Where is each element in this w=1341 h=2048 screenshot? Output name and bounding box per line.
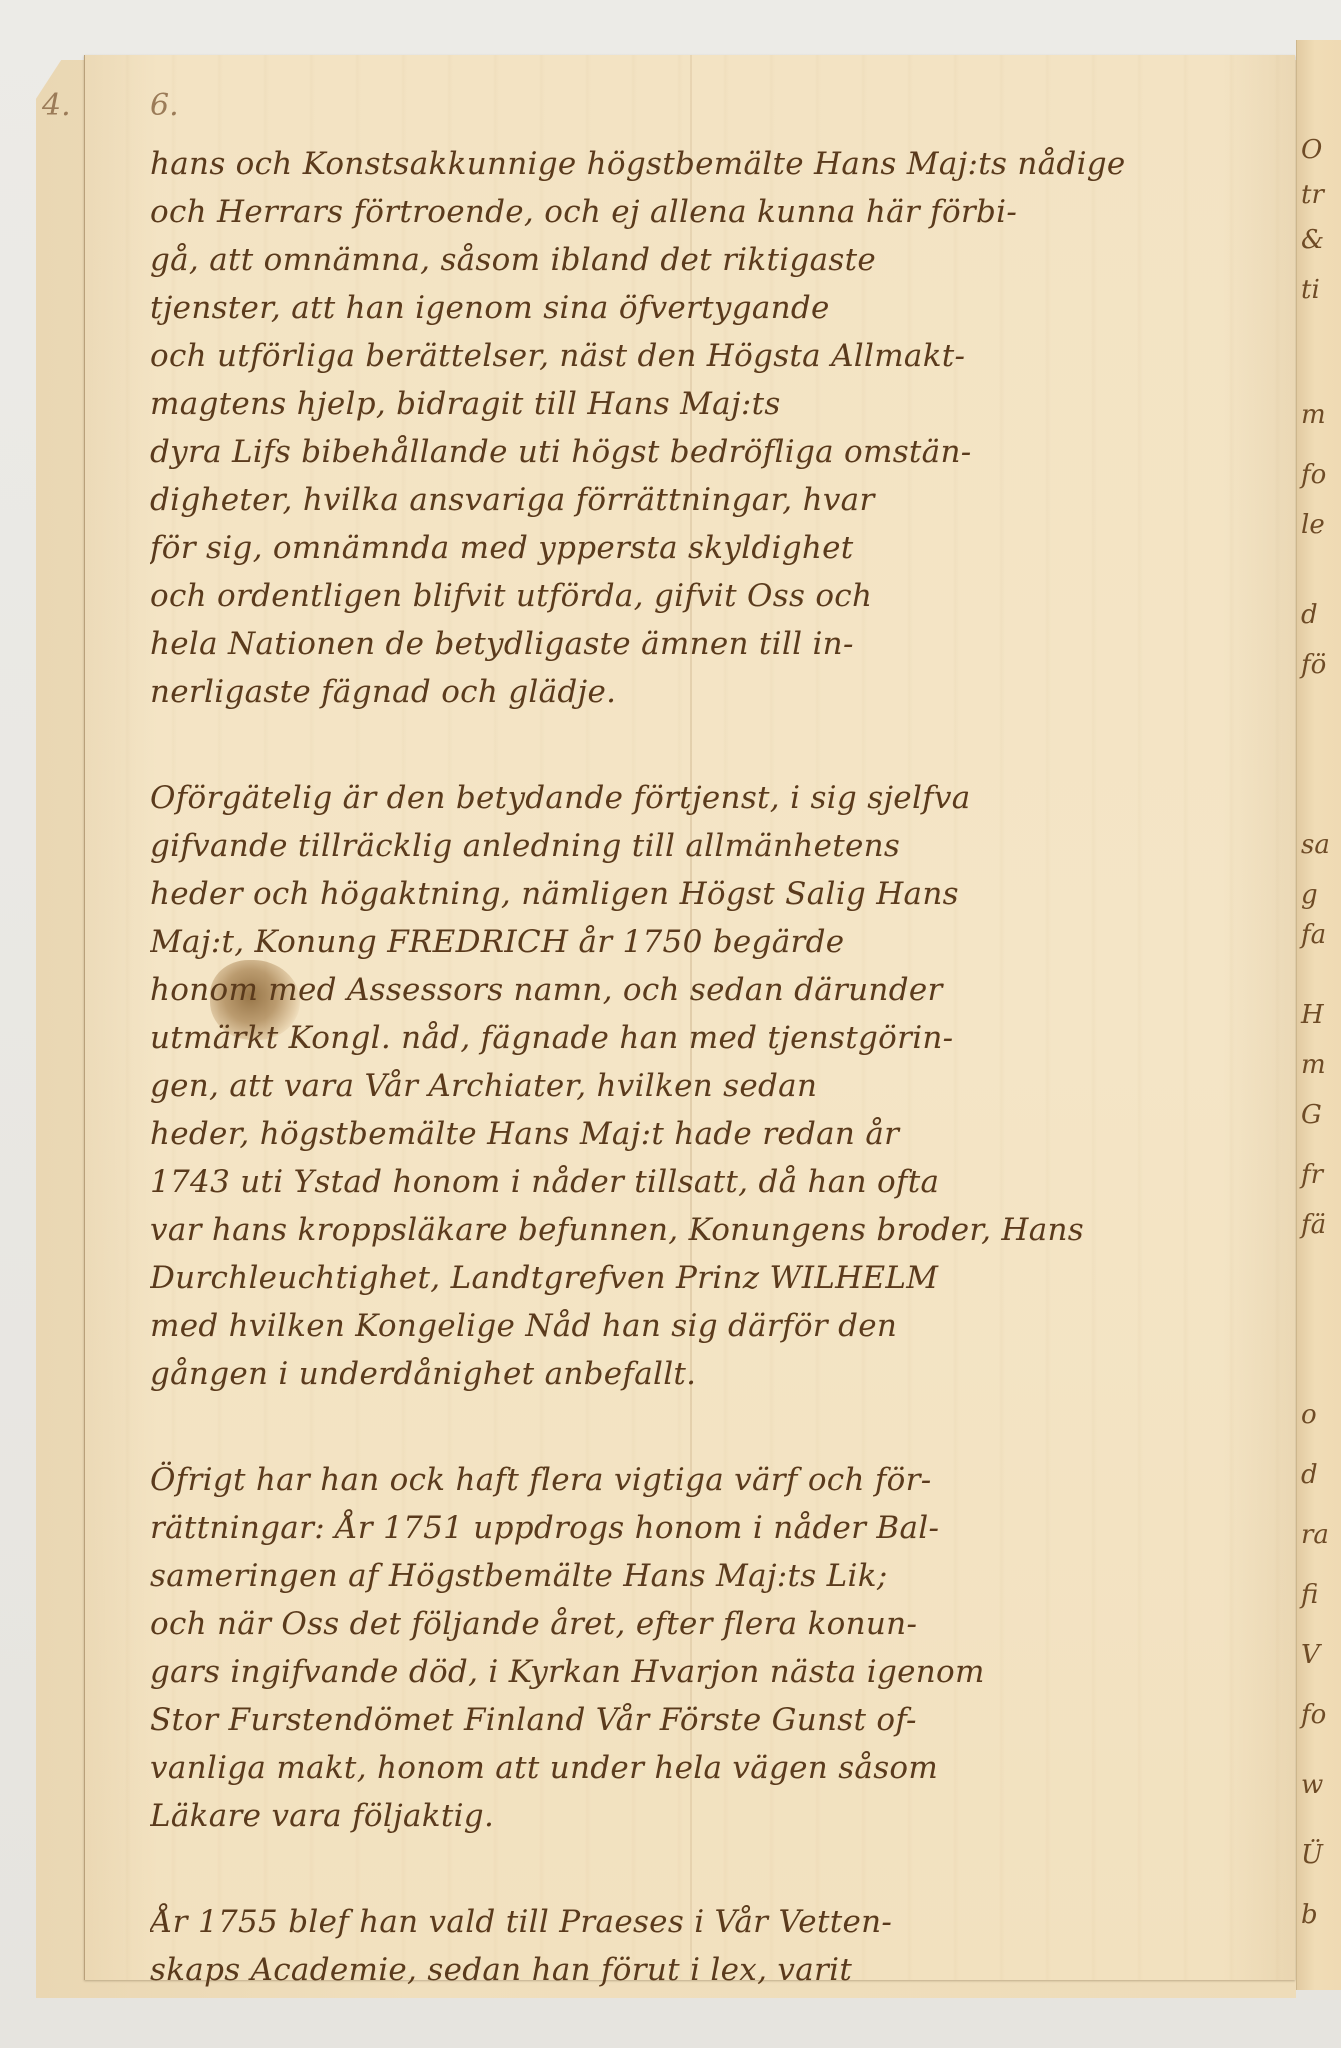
adjacent-fragment: & [1301,225,1324,255]
adjacent-fragment: sa [1301,830,1330,860]
text-line: gars ingifvande död, i Kyrkan Hvarjon nä… [150,1648,1280,1696]
text-line: vanliga makt, honom att under hela vägen… [150,1744,1280,1792]
text-line: rättningar: År 1751 uppdrogs honom i nåd… [150,1504,1280,1552]
adjacent-fragment: G [1301,1100,1322,1130]
adjacent-fragment: d [1301,600,1318,630]
text-line: för sig, omnämnda med yppersta skyldighe… [150,524,1280,572]
text-line: med hvilken Kongelige Nåd han sig därför… [150,1302,1280,1350]
adjacent-page-strip: O tr & ti m fo le d fö sa g fa H m G fr … [1296,40,1341,1990]
text-line: digheter, hvilka ansvariga förrättningar… [150,476,1280,524]
text-line: gå, att omnämna, såsom ibland det riktig… [150,236,1280,284]
text-line: Durchleuchtighet, Landtgrefven Prinz WIL… [150,1254,1280,1302]
text-line: Stor Furstendömet Finland Vår Förste Gun… [150,1696,1280,1744]
adjacent-fragment: ra [1301,1520,1329,1550]
manuscript-body: hans och Konstsakkunnige högstbemälte Ha… [150,140,1280,2048]
text-line: honom med Assessors namn, och sedan däru… [150,966,1280,1014]
margin-number-outer: 4. [42,88,71,123]
text-line: 1743 uti Ystad honom i nåder tillsatt, d… [150,1158,1280,1206]
adjacent-fragment: V [1301,1640,1320,1670]
adjacent-fragment: O [1301,135,1322,165]
text-line: magtens hjelp, bidragit till Hans Maj:ts [150,380,1280,428]
text-line: Maj:t, Konung FREDRICH år 1750 begärde [150,918,1280,966]
adjacent-fragment: tr [1301,180,1324,210]
text-line: dyra Lifs bibehållande uti högst bedröfl… [150,428,1280,476]
adjacent-fragment: w [1301,1770,1323,1800]
adjacent-fragment: le [1301,510,1325,540]
text-line: Läkare vara följaktig. [150,1792,1280,1840]
margin-number-inner: 6. [150,88,179,123]
adjacent-fragment: g [1301,880,1318,910]
adjacent-fragment: fo [1301,1700,1326,1730]
text-line: var hans kroppsläkare befunnen, Konungen… [150,1206,1280,1254]
text-line: gången i underdånighet anbefallt. [150,1350,1280,1398]
adjacent-fragment: Ü [1301,1840,1323,1870]
adjacent-fragment: fi [1301,1580,1318,1610]
text-line: Oförgätelig är den betydande förtjenst, … [150,774,1280,822]
text-line: tjenster, att han igenom sina öfvertygan… [150,284,1280,332]
text-line: utmärkt Kongl. nåd, fägnade han med tjen… [150,1014,1280,1062]
adjacent-fragment: o [1301,1400,1317,1430]
adjacent-fragment: ti [1301,275,1320,305]
text-line: heder, högstbemälte Hans Maj:t hade reda… [150,1110,1280,1158]
adjacent-fragment: m [1301,400,1326,430]
adjacent-fragment: d [1301,1460,1318,1490]
adjacent-fragment: H [1301,1000,1324,1030]
paragraph-1: hans och Konstsakkunnige högstbemälte Ha… [150,140,1280,716]
text-line: och Herrars förtroende, och ej allena ku… [150,188,1280,236]
text-line: heder och högaktning, nämligen Högst Sal… [150,870,1280,918]
text-line: gen, att vara Vår Archiater, hvilken sed… [150,1062,1280,1110]
adjacent-fragment: fo [1301,460,1326,490]
adjacent-fragment: fa [1301,920,1326,950]
text-line: och utförliga berättelser, näst den Högs… [150,332,1280,380]
adjacent-fragment: fö [1301,650,1326,680]
text-line: skaps Academie, sedan han förut i lex, v… [150,1946,1280,1994]
adjacent-fragment: fr [1301,1160,1323,1190]
text-line: och när Oss det följande året, efter fle… [150,1600,1280,1648]
paragraph-3: Öfrigt har han ock haft flera vigtiga vä… [150,1456,1280,1840]
text-line: sameringen af Högstbemälte Hans Maj:ts L… [150,1552,1280,1600]
text-line: och ordentligen blifvit utförda, gifvit … [150,572,1280,620]
text-line: nerligaste fägnad och glädje. [150,668,1280,716]
adjacent-fragment: m [1301,1050,1326,1080]
paragraph-4: År 1755 blef han vald till Praeses i Vår… [150,1898,1280,1994]
text-line: gifvande tillräcklig anledning till allm… [150,822,1280,870]
text-line: hans och Konstsakkunnige högstbemälte Ha… [150,140,1280,188]
adjacent-fragment: b [1301,1900,1318,1930]
text-line: Öfrigt har han ock haft flera vigtiga vä… [150,1456,1280,1504]
text-line: hela Nationen de betydligaste ämnen till… [150,620,1280,668]
paragraph-2: Oförgätelig är den betydande förtjenst, … [150,774,1280,1398]
adjacent-fragment: fä [1301,1210,1326,1240]
text-line: År 1755 blef han vald till Praeses i Vår… [150,1898,1280,1946]
